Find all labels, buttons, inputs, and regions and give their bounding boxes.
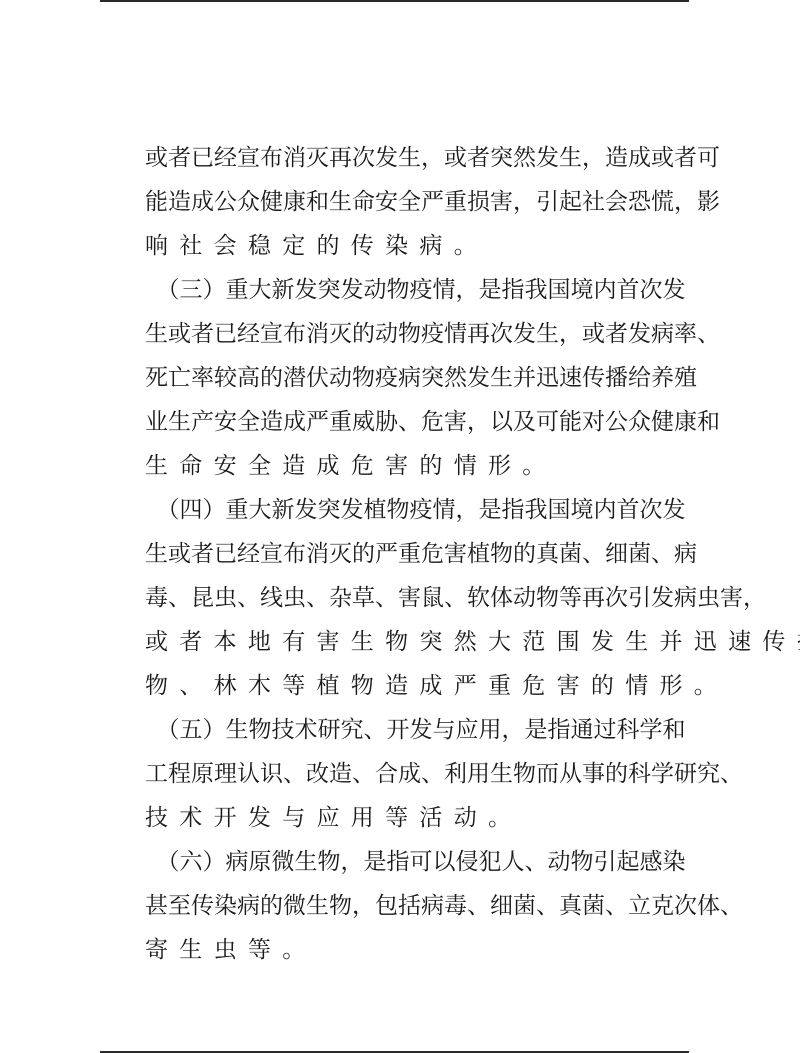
text-line: 甚至传染病的微生物，包括病毒、细菌、真菌、立克次体、 — [145, 884, 665, 928]
text-line: 或者本地有害生物突然大范围发生并迅速传播对农作 — [145, 620, 665, 664]
document-body: 或者已经宣布消灭再次发生，或者突然发生，造成或者可 能造成公众健康和生命安全严重… — [145, 136, 665, 972]
text-line: 生命安全造成危害的情形。 — [145, 444, 665, 488]
text-line: 工程原理认识、改造、合成、利用生物而从事的科学研究、 — [145, 752, 665, 796]
text-line: 能造成公众健康和生命安全严重损害，引起社会恐慌，影 — [145, 180, 665, 224]
paragraph-5-start: （五）生物技术研究、开发与应用，是指通过科学和 — [145, 708, 665, 752]
text-line: 毒、昆虫、线虫、杂草、害鼠、软体动物等再次引发病虫害， — [145, 576, 665, 620]
text-line: 业生产安全造成严重威胁、危害，以及可能对公众健康和 — [145, 400, 665, 444]
text-line: 或者已经宣布消灭再次发生，或者突然发生，造成或者可 — [145, 136, 665, 180]
text-line: 生或者已经宣布消灭的严重危害植物的真菌、细菌、病 — [145, 532, 665, 576]
text-line: 物、林木等植物造成严重危害的情形。 — [145, 664, 665, 708]
paragraph-4-start: （四）重大新发突发植物疫情，是指我国境内首次发 — [145, 488, 665, 532]
top-rule — [100, 0, 689, 2]
paragraph-3-start: （三）重大新发突发动物疫情，是指我国境内首次发 — [145, 268, 665, 312]
text-line: 寄生虫等。 — [145, 928, 665, 972]
text-line: 响社会稳定的传染病。 — [145, 224, 665, 268]
text-line: 技术开发与应用等活动。 — [145, 796, 665, 840]
paragraph-6-start: （六）病原微生物，是指可以侵犯人、动物引起感染 — [145, 840, 665, 884]
text-line: 生或者已经宣布消灭的动物疫情再次发生，或者发病率、 — [145, 312, 665, 356]
text-line: 死亡率较高的潜伏动物疫病突然发生并迅速传播给养殖 — [145, 356, 665, 400]
